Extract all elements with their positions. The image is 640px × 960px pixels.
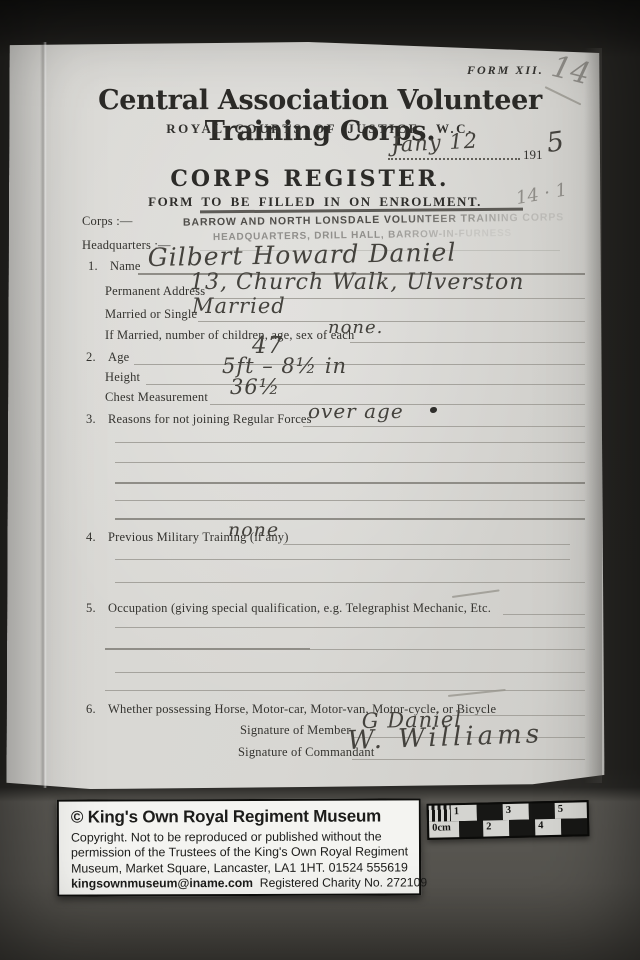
blank-line <box>115 482 585 484</box>
row-label-age: Age <box>108 350 129 365</box>
row-label-chest: Chest Measurement <box>105 390 208 405</box>
copyright-line-2: permission of the Trustees of the King's… <box>71 845 409 862</box>
row-line <box>134 364 585 365</box>
date-printed-prefix: 191 <box>523 147 543 163</box>
copyright-line-3: Museum, Market Square, Lancaster, LA1 1H… <box>71 860 409 877</box>
blank-line-dark-segment <box>105 648 310 650</box>
photograph-background: FORM XII. 14 Central Association Volunte… <box>0 0 640 960</box>
signature-commandant-line <box>352 759 585 760</box>
row-value-military-training: none <box>228 519 279 541</box>
row-label-married-or-single: Married or Single <box>105 307 197 322</box>
signature-member-label: Signature of Member <box>240 723 351 738</box>
ruler-cell-dark <box>459 821 483 838</box>
copyright-label: © King's Own Royal Regiment Museum Copyr… <box>57 798 421 896</box>
row-number: 6. <box>86 702 96 717</box>
row-line <box>198 321 585 322</box>
copyright-line-4: kingsownmuseum@iname.com Registered Char… <box>71 876 409 893</box>
row-number: 2. <box>86 350 96 365</box>
blank-line <box>115 627 585 628</box>
page-right-edge-shadow <box>584 48 602 783</box>
copyright-email: kingsownmuseum@iname.com <box>71 876 253 891</box>
form-title: Central Association Volunteer Training C… <box>40 85 600 147</box>
row-value-chest: 36½ <box>230 375 280 399</box>
ruler-cell-2: 2 <box>483 820 509 837</box>
blank-line <box>115 462 585 463</box>
ruler-cell-dark <box>529 803 555 820</box>
ruler-cell-3: 3 <box>503 804 529 821</box>
date-dotted-line <box>388 158 520 160</box>
scale-ruler: 1 3 5 0cm 2 4 <box>427 800 590 840</box>
row-label-name: Name <box>110 259 141 274</box>
blank-line <box>115 672 585 673</box>
ruler-bottom-row: 0cm 2 4 <box>429 818 587 838</box>
corps-label: Corps :— <box>82 214 133 229</box>
row-label-height: Height <box>105 370 140 385</box>
row-line <box>146 384 585 385</box>
form-number: FORM XII. <box>467 63 544 78</box>
ruler-cell-dark <box>561 818 587 835</box>
ruler-cell-5: 5 <box>555 802 587 819</box>
form-subtitle: ROYAL COURTS OF JUSTICE, W.C. <box>40 121 600 137</box>
date-handwritten: Jany 12 <box>391 128 479 157</box>
ruler-cell-dark <box>509 819 535 836</box>
row-number: 4. <box>86 530 96 545</box>
row-line <box>350 342 585 343</box>
copyright-title: © King's Own Royal Regiment Museum <box>71 806 409 827</box>
row-line <box>303 426 585 427</box>
row-label-occupation: Occupation (giving special qualification… <box>108 601 491 616</box>
row-value-address: 13, Church Walk, Ulverston <box>190 270 524 295</box>
row-label-children: If Married, number of children, age, sex… <box>105 328 354 343</box>
ruler-cell-0cm: 0cm <box>429 821 459 838</box>
row-label-reasons: Reasons for not joining Regular Forces <box>108 412 312 427</box>
page-fold-crease <box>40 42 47 788</box>
ruler-cell-dark <box>477 804 503 821</box>
blank-line <box>115 518 585 520</box>
row-number: 3. <box>86 412 96 427</box>
row-number: 1. <box>88 259 98 274</box>
blank-line <box>115 442 585 443</box>
row-value-name: Gilbert Howard Daniel <box>147 238 456 272</box>
row-line <box>452 715 585 716</box>
row-value-reasons: over age <box>308 399 404 423</box>
blank-line <box>105 690 585 691</box>
ruler-cell-4: 4 <box>535 819 561 836</box>
ruler-mm-stripes <box>429 805 451 821</box>
row-line <box>503 614 585 615</box>
row-line <box>283 544 570 545</box>
blank-line <box>115 582 585 583</box>
row-number: 5. <box>86 601 96 616</box>
row-value-children: none. <box>328 317 383 338</box>
copyright-charity: Registered Charity No. 272109 <box>260 875 427 890</box>
blank-line <box>115 500 585 501</box>
ruler-cell-1: 1 <box>451 805 477 822</box>
row-value-married-or-single: Married <box>192 294 286 318</box>
copyright-line-1: Copyright. Not to be reproduced or publi… <box>71 829 409 846</box>
register-title: CORPS REGISTER. <box>30 166 590 192</box>
blank-line <box>115 559 570 560</box>
